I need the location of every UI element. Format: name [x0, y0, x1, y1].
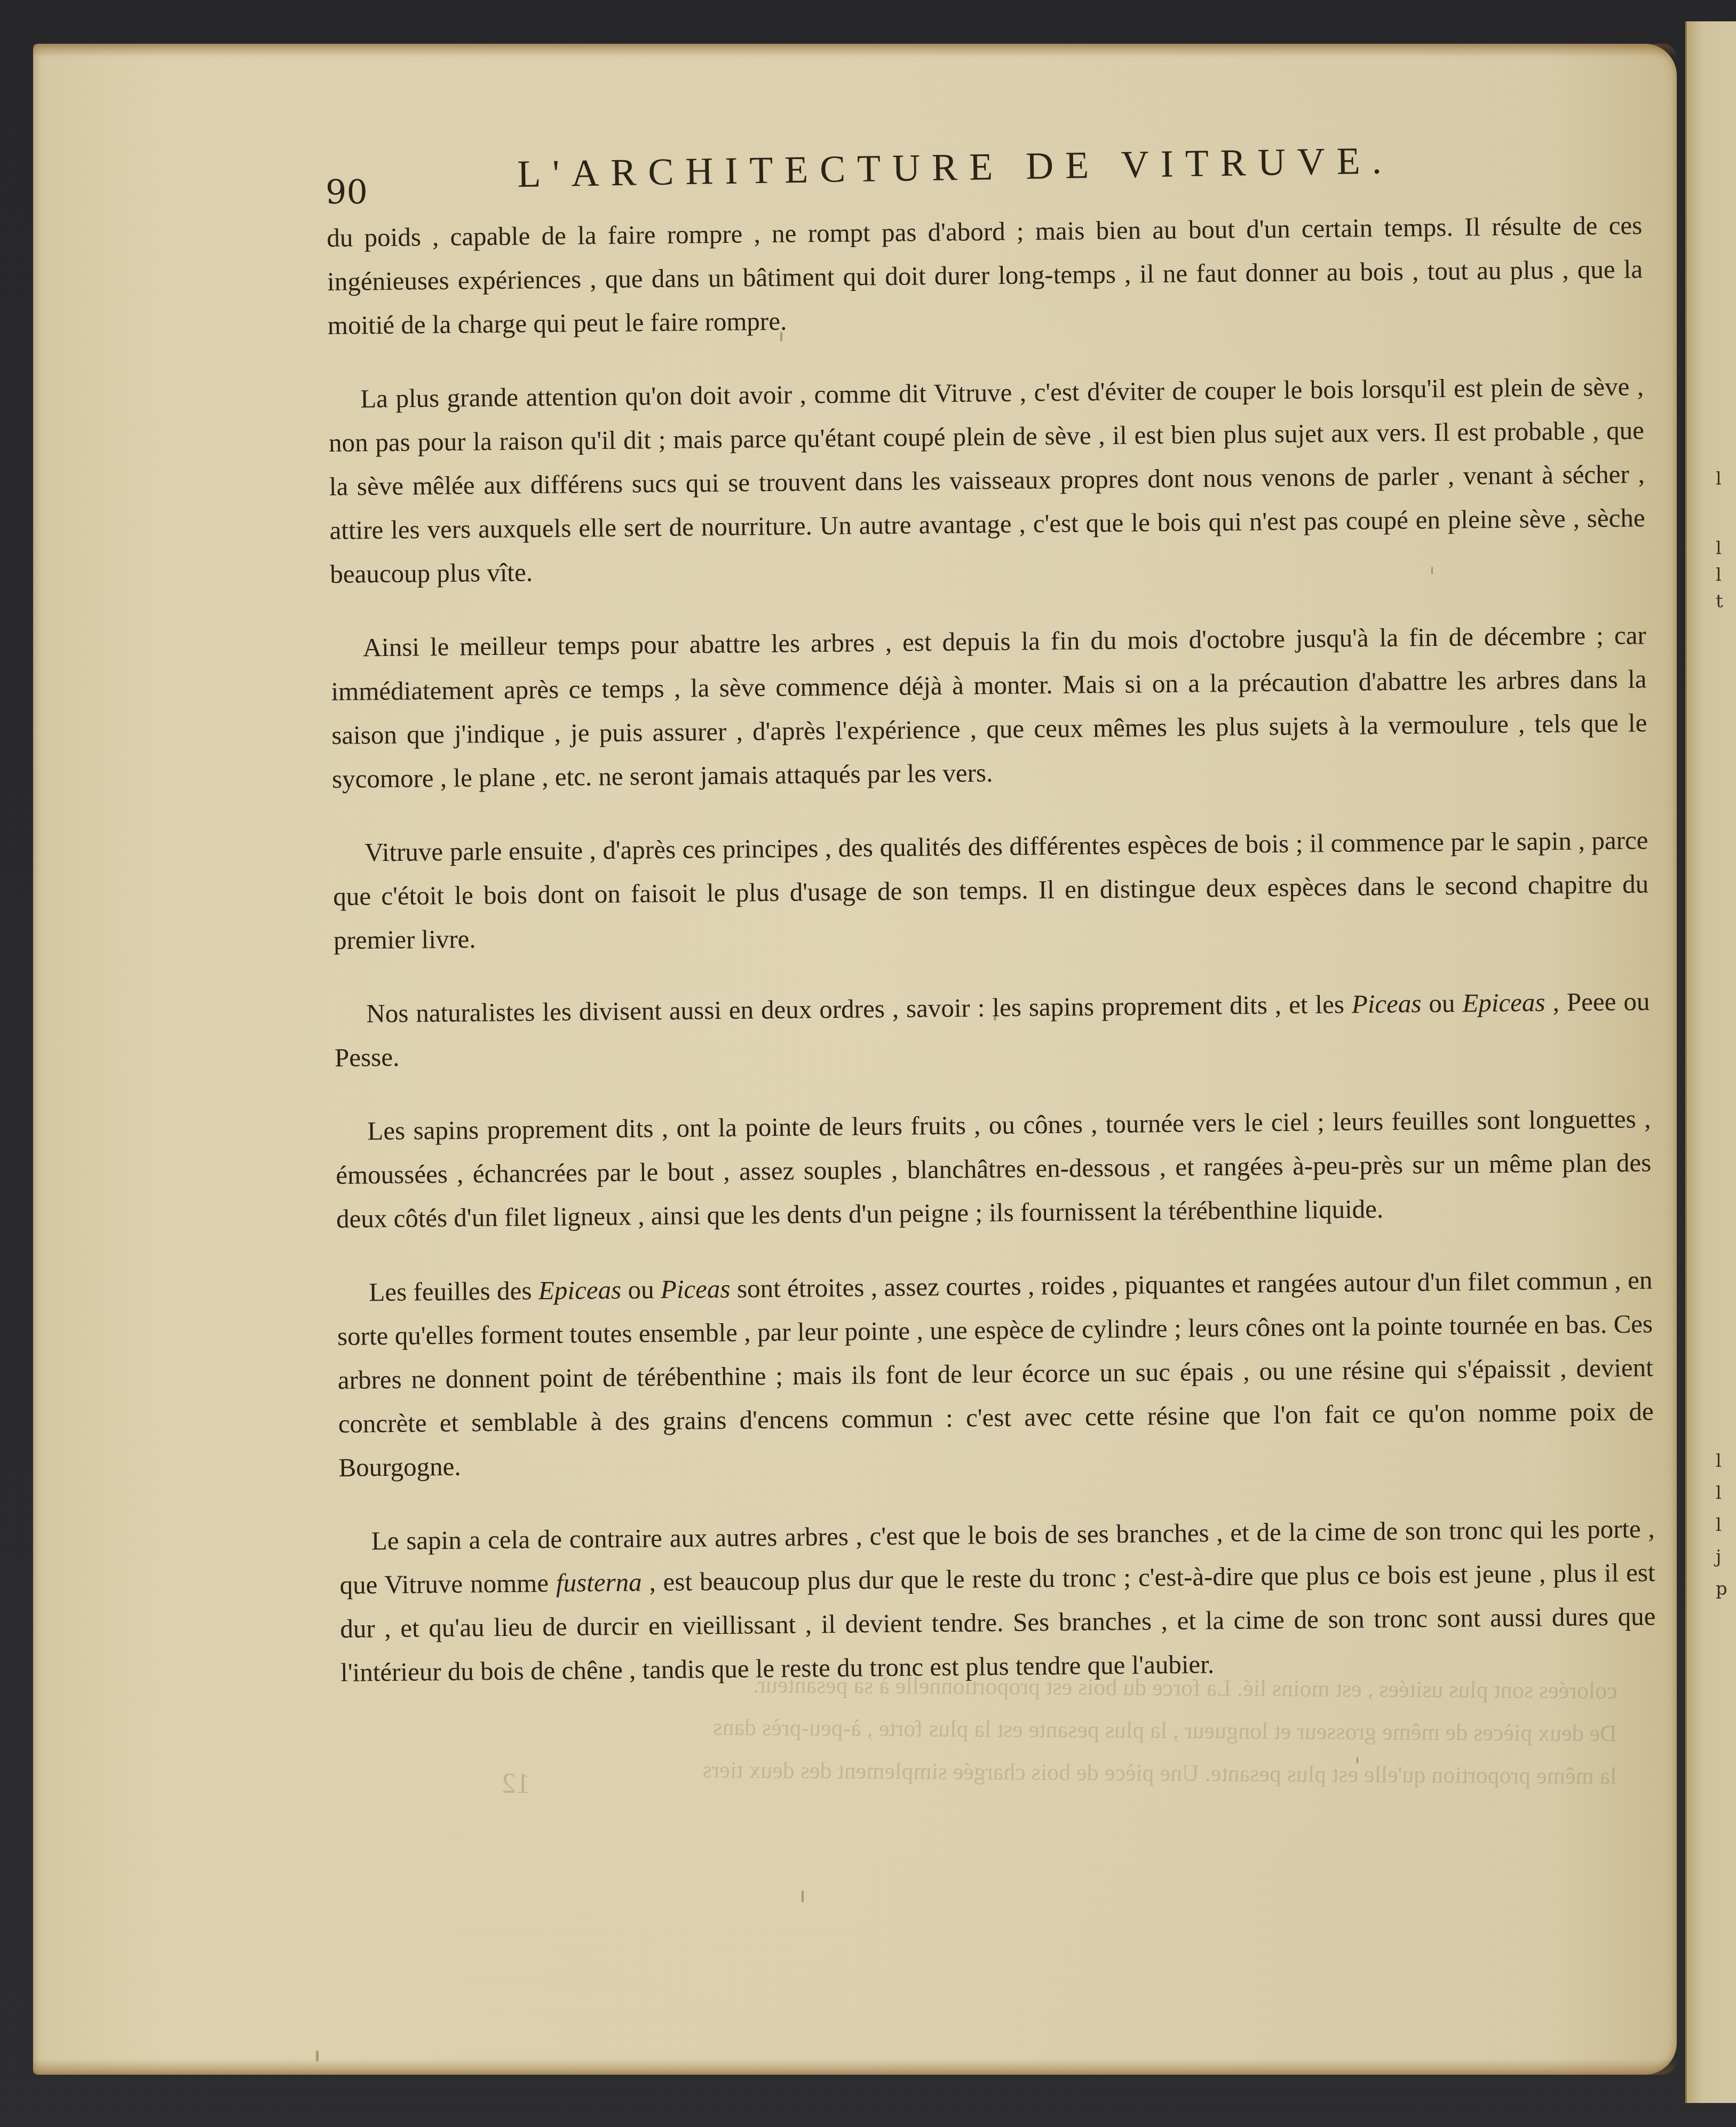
adjacent-page-glyph: l	[1716, 539, 1722, 557]
adjacent-page-glyph: l	[1716, 470, 1722, 488]
italic-term: Epiceas	[1462, 987, 1545, 1017]
adjacent-page-glyph: l	[1716, 566, 1722, 584]
text-run: du poids , capable de la faire rompre , …	[327, 210, 1643, 340]
text-run: Ainsi le meilleur temps pour abattre les…	[331, 620, 1647, 794]
text-run: La plus grande attention qu'on doit avoi…	[329, 371, 1645, 589]
paragraph-2: La plus grande attention qu'on doit avoi…	[328, 365, 1646, 596]
italic-term: Piceas	[1352, 989, 1422, 1018]
page-number: 90	[326, 172, 368, 211]
adjacent-page-glyph: l	[1716, 1516, 1722, 1534]
paragraph-6: Les sapins proprement dits , ont la poin…	[335, 1097, 1652, 1241]
bleed-line: la même proportion qu'elle est plus pesa…	[362, 1746, 1617, 1798]
italic-term: fusterna	[556, 1567, 642, 1598]
text-run: Les sapins proprement dits , ont la poin…	[336, 1104, 1651, 1233]
text-run: Vitruve parle ensuite , d'après ces prin…	[333, 825, 1648, 955]
text-run: ou	[621, 1275, 661, 1304]
text-run: ou	[1421, 989, 1462, 1018]
running-head: 90 L'ARCHITECTURE DE VITRUVE.	[326, 152, 1441, 205]
adjacent-page-glyph: j	[1716, 1548, 1722, 1566]
adjacent-page-glyph: l	[1716, 1484, 1722, 1502]
paragraph-5: Nos naturalistes les divisent aussi en d…	[334, 979, 1650, 1080]
paragraph-3: Ainsi le meilleur temps pour abattre les…	[330, 613, 1647, 801]
paragraph-7: Les feuilles des Epiceas ou Piceas sont …	[337, 1258, 1654, 1490]
italic-term: Piceas	[661, 1274, 731, 1304]
text-run: Nos naturalistes les divisent aussi en d…	[366, 990, 1352, 1029]
italic-term: Epiceas	[538, 1275, 622, 1305]
adjacent-page-glyph: l	[1716, 1452, 1722, 1470]
adjacent-page-glyph: t	[1716, 592, 1723, 611]
adjacent-page-edge	[1685, 21, 1736, 2103]
bleed-through-signature-mark: 12	[502, 1767, 530, 1800]
text-run: Les feuilles des	[369, 1276, 538, 1307]
adjacent-page-glyph: p	[1716, 1580, 1727, 1598]
paragraph-4: Vitruve parle ensuite , d'après ces prin…	[332, 818, 1649, 962]
body-text: du poids , capable de la faire rompre , …	[327, 203, 1656, 1725]
paragraph-1: du poids , capable de la faire rompre , …	[327, 203, 1643, 347]
bleed-through-text: colorées sont plus usitées , est moins l…	[362, 1661, 1618, 1798]
